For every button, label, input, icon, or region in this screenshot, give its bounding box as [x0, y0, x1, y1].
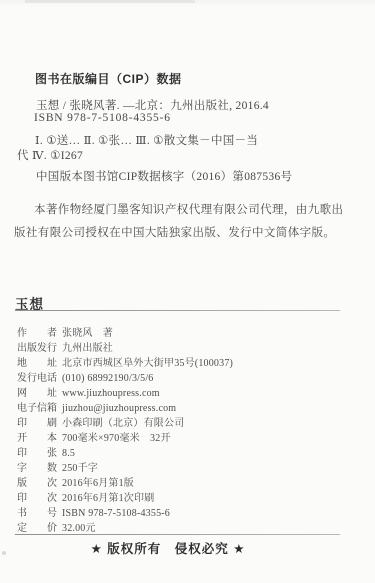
- row-label: 发行电话: [17, 371, 57, 386]
- row-label: 印张: [17, 446, 57, 461]
- row-value: 2016年6月第1次印刷: [62, 493, 154, 504]
- row-value: 32.00元: [62, 523, 96, 534]
- row-label: 书号: [17, 506, 57, 521]
- copyright-notice: ★ 版权所有 侵权必究 ★: [0, 539, 336, 557]
- cip-title-line: 玉想 / 张晓风著. —北京：九州出版社, 2016.4: [36, 97, 269, 113]
- colophon-row-website: 网址www.jiuzhoupress.com: [17, 386, 347, 401]
- row-label: 电子信箱: [17, 401, 57, 416]
- cip-classification-line1: Ⅰ. ①送… Ⅱ. ①张… Ⅲ. ①散文集－中国－当: [35, 132, 258, 148]
- colophon-row-publisher: 出版发行九州出版社: [17, 341, 347, 356]
- row-label: 网址: [17, 386, 57, 401]
- row-value: jiuzhou@jiuzhoupress.com: [62, 403, 176, 414]
- row-label: 版次: [17, 476, 57, 491]
- row-value: 700毫米×970毫米 32开: [62, 433, 171, 444]
- row-label: 印刷: [17, 416, 57, 431]
- row-value: 北京市西城区阜外大街甲35号(100037): [62, 358, 233, 369]
- row-value: 8.5: [62, 448, 75, 459]
- row-value: 2016年6月第1版: [62, 478, 134, 489]
- row-value: 小森印刷（北京）有限公司: [62, 418, 184, 429]
- row-label: 地址: [17, 356, 57, 371]
- colophon-row-email: 电子信箱jiuzhou@jiuzhoupress.com: [17, 401, 347, 416]
- colophon-row-phone: 发行电话(010) 68992190/3/5/6: [17, 371, 347, 386]
- divider-top: [15, 310, 340, 311]
- row-value: www.jiuzhoupress.com: [62, 388, 160, 399]
- divider-bottom: [15, 534, 340, 535]
- colophon-rows: 作者张晓风 著 出版发行九州出版社 地址北京市西城区阜外大街甲35号(10003…: [17, 326, 347, 536]
- cip-classification-line2: 代 Ⅳ. ①I267: [17, 147, 83, 163]
- colophon-row-author: 作者张晓风 著: [17, 326, 347, 341]
- row-label: 字数: [17, 461, 57, 476]
- license-paragraph-line2: 版社有限公司授权在中国大陆独家出版、发行中文简体字版。: [14, 224, 335, 240]
- cip-isbn-line: ISBN 978-7-5108-4355-6: [34, 112, 171, 124]
- colophon-row-wordcount: 字数250千字: [17, 461, 347, 476]
- scan-artifact-top: [25, 0, 195, 3]
- colophon-row-format: 开本700毫米×970毫米 32开: [17, 431, 347, 446]
- row-label: 印次: [17, 491, 57, 506]
- colophon-row-address: 地址北京市西城区阜外大街甲35号(100037): [17, 356, 347, 371]
- copyright-page: 图书在版编目（CIP）数据 玉想 / 张晓风著. —北京：九州出版社, 2016…: [0, 0, 375, 583]
- row-value: 张晓风 著: [62, 328, 113, 339]
- cip-heading: 图书在版编目（CIP）数据: [35, 70, 182, 87]
- colophon-row-printer: 印刷小森印刷（北京）有限公司: [17, 416, 347, 431]
- row-value: 250千字: [62, 463, 98, 474]
- colophon-row-impression: 印次2016年6月第1次印刷: [17, 491, 347, 506]
- colophon-row-edition: 版次2016年6月第1版: [17, 476, 347, 491]
- cip-registry-line: 中国版本图书馆CIP数据核字（2016）第087536号: [36, 168, 292, 184]
- row-value: 九州出版社: [62, 343, 113, 354]
- row-value: ISBN 978-7-5108-4355-6: [62, 508, 170, 519]
- license-paragraph-line1: 本著作物经厦门墨客知识产权代理有限公司代理，由九歌出: [34, 201, 343, 217]
- row-label: 开本: [17, 431, 57, 446]
- colophon-row-sheets: 印张8.5: [17, 446, 347, 461]
- row-value: (010) 68992190/3/5/6: [62, 373, 154, 384]
- row-label: 作者: [17, 326, 57, 341]
- row-label: 出版发行: [17, 341, 57, 356]
- colophon-row-isbn: 书号ISBN 978-7-5108-4355-6: [17, 506, 347, 521]
